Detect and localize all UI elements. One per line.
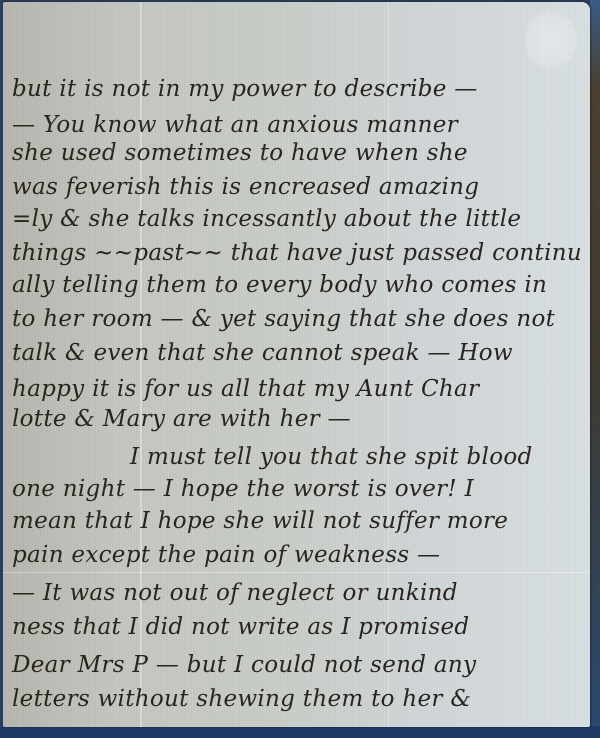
text-line-17: ness that I did not write as I promised (12, 614, 469, 640)
text-line-19: letters without shewing them to her & (12, 686, 471, 712)
text-line-8: to her room — & yet saying that she does… (12, 306, 555, 332)
text-line-14: mean that I hope she will not suffer mor… (12, 508, 508, 534)
text-line-13: one night — I hope the worst is over! I (12, 476, 474, 502)
text-line-5: =ly & she talks incessantly about the li… (12, 206, 521, 232)
text-line-18: Dear Mrs P — but I could not send any (12, 652, 476, 678)
text-line-12: I must tell you that she spit blood (130, 444, 533, 470)
handwritten-text: but it is not in my power to describe — … (0, 0, 600, 738)
text-line-16: — It was not out of neglect or unkind (12, 580, 458, 606)
text-line-15: pain except the pain of weakness — (12, 542, 440, 568)
text-line-1: but it is not in my power to describe — (12, 76, 478, 102)
text-line-4: was feverish this is encreased amazing (12, 174, 479, 200)
text-line-6: things ~~past~~ that have just passed co… (12, 240, 582, 266)
text-line-2: — You know what an anxious manner (12, 112, 458, 138)
text-line-7: ally telling them to every body who come… (12, 272, 547, 298)
text-line-9: talk & even that she cannot speak — How (12, 340, 513, 366)
text-line-10: happy it is for us all that my Aunt Char (12, 376, 479, 402)
text-line-3: she used sometimes to have when she (12, 140, 468, 166)
text-line-11: lotte & Mary are with her — (12, 406, 351, 432)
